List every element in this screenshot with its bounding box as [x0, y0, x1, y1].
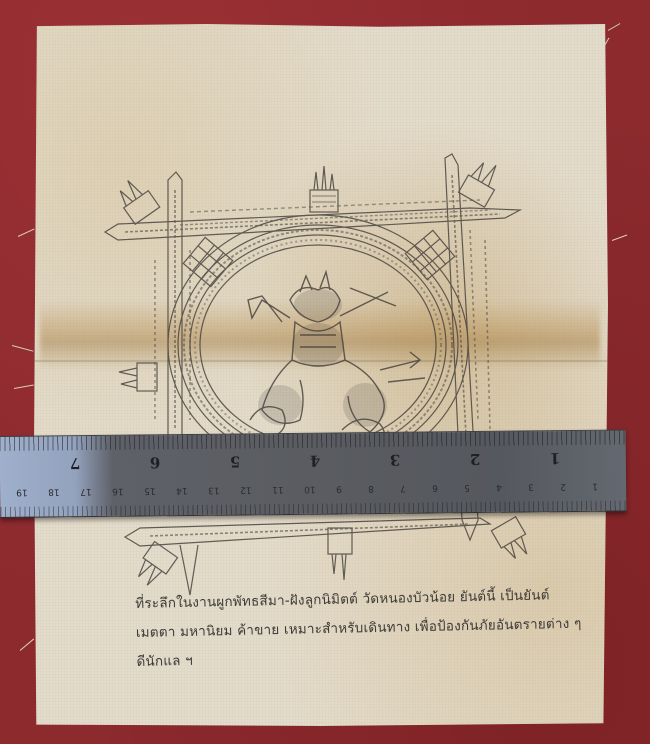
- ruler-cm-label: 13: [208, 485, 220, 495]
- ruler-cm-label: 18: [48, 486, 60, 496]
- ruler-cm-label: 7: [400, 483, 406, 493]
- ruler-cm-label: 12: [240, 484, 252, 494]
- ruler-cm-label: 2: [560, 481, 566, 491]
- ruler-inch-label: 1: [550, 449, 561, 467]
- ruler-cm-label: 5: [464, 482, 470, 492]
- ruler-inch-label: 3: [390, 451, 401, 469]
- ruler-cm-label: 8: [368, 483, 374, 493]
- ruler-cm-label: 16: [112, 486, 124, 496]
- ruler-cm-label: 15: [144, 485, 156, 495]
- thai-caption: ที่ระลึกในงานผูกพัทธสีมา-ฝังลูกนิมิตต์ ว…: [135, 581, 577, 677]
- ruler-cm-label: 14: [176, 485, 188, 495]
- spire-top-left-icon: [112, 174, 160, 224]
- left-spear-tip-icon: [180, 545, 198, 595]
- ruler-cm-label: 19: [16, 487, 28, 497]
- spire-top-center-icon: [310, 166, 338, 212]
- spire-left-icon: [119, 363, 157, 391]
- ruler-inch-label: 5: [230, 452, 241, 470]
- ruler-cm-label: 1: [592, 481, 598, 491]
- ruler-cm-label: 3: [528, 481, 534, 491]
- spire-bottom-right-icon: [491, 517, 534, 564]
- ruler-inch-label: 7: [70, 454, 81, 472]
- ruler-cm-label: 17: [80, 486, 92, 496]
- ruler-inch-label: 4: [310, 452, 321, 470]
- metal-ruler: 7 6 5 4 3 2 1 19 18 17 16 15 14 13 12 11…: [0, 429, 626, 518]
- ruler-cm-label: 4: [496, 482, 502, 492]
- ruler-cm-label: 6: [432, 482, 438, 492]
- ruler-cm-label: 10: [304, 484, 316, 494]
- spire-top-right-icon: [459, 156, 506, 207]
- bottom-spear-icon: [125, 518, 490, 546]
- ruler-inch-label: 2: [470, 450, 481, 468]
- ruler-cm-label: 11: [272, 484, 284, 494]
- spire-bottom-center-icon: [328, 528, 352, 580]
- spire-bottom-left-icon: [132, 542, 178, 591]
- ruler-inch-label: 6: [150, 453, 161, 471]
- ruler-cm-label: 9: [336, 483, 342, 493]
